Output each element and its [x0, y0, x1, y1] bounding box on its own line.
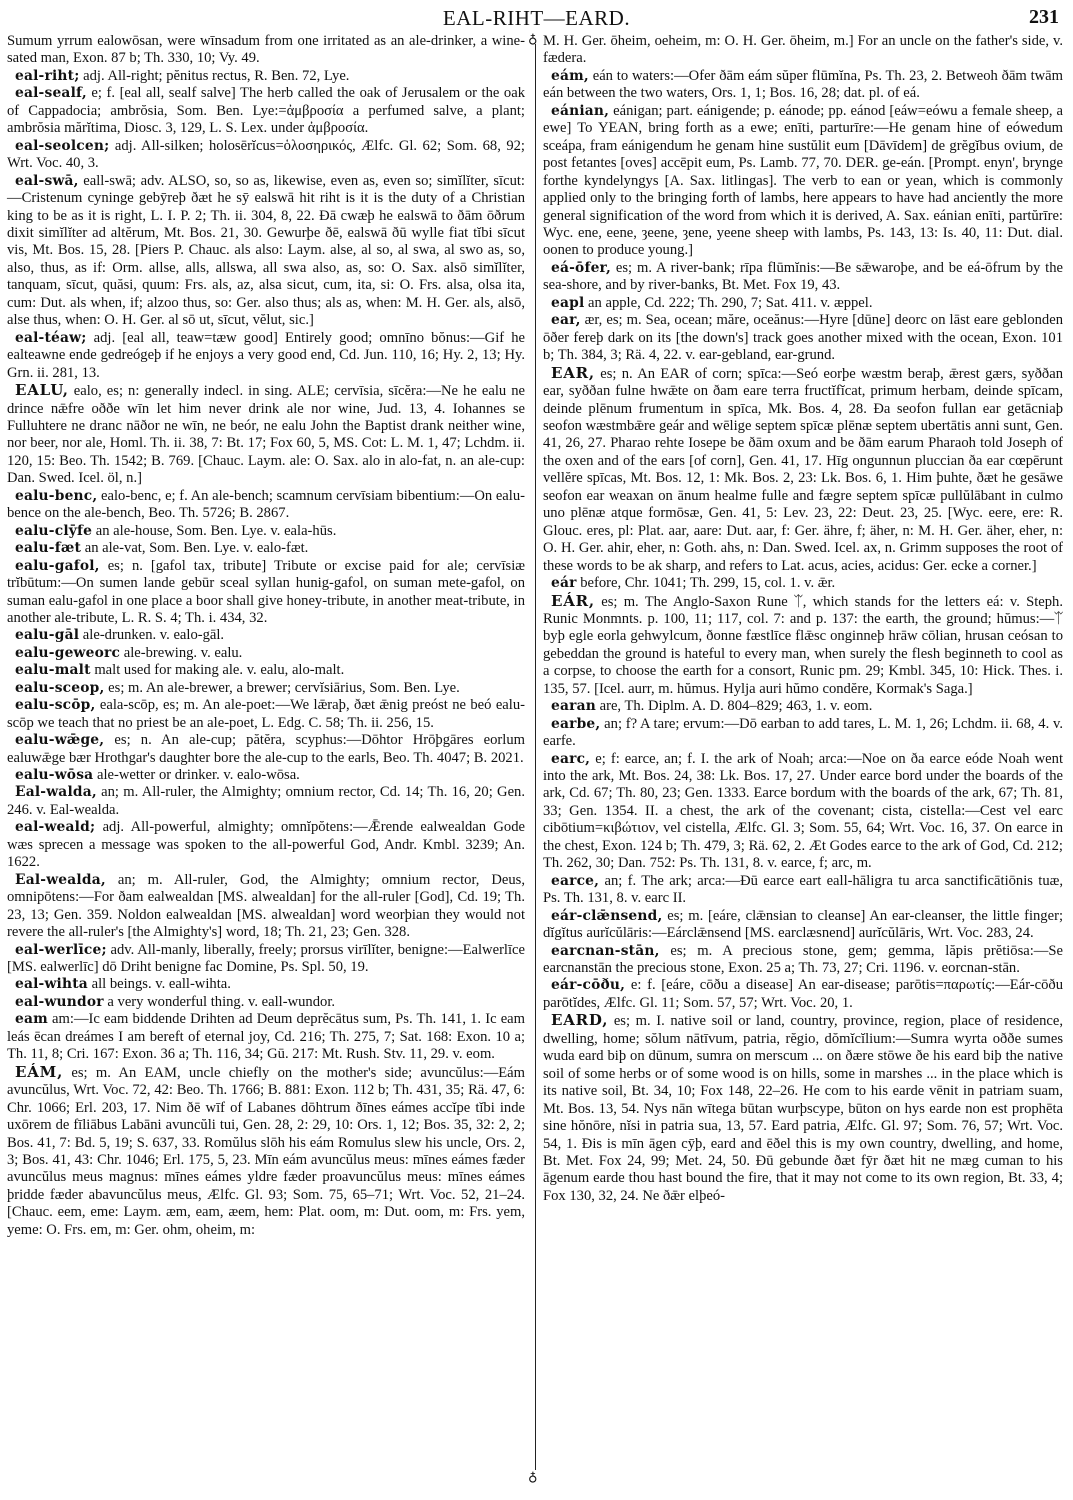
dictionary-entry: eapl an apple, Cd. 222; Th. 290, 7; Sat.… [543, 295, 1063, 312]
entry-headword: earcnan-stān, [551, 943, 660, 959]
entry-text: ær, es; m. Sea, ocean; măre, oceănus:—Hy… [543, 312, 1063, 363]
entry-headword: ealu-sceop, [15, 680, 105, 696]
dictionary-entry: ealu-clȳfe an ale-house, Som. Ben. Lye. … [7, 523, 525, 540]
dictionary-entry: EAR, es; n. An EAR of corn; spīca:—Seó e… [543, 365, 1063, 575]
right-column: M. H. Ger. ōheim, oeheim, m: O. H. Ger. … [543, 33, 1063, 1205]
entry-headword: ealu-geweorc [15, 645, 120, 661]
entry-headword: ear, [551, 312, 581, 328]
entry-text: eall-swā; adv. ALSO, so, so as, likewise… [7, 173, 525, 329]
entry-text: Sumum yrrum ealowōsan, were wīnsadum fro… [7, 33, 525, 66]
entry-text: ealo, es; n: generally indecl. in sing. … [7, 383, 525, 486]
dictionary-entry: earbe, an; f? A tare; ervum:—Dō earban t… [543, 716, 1063, 751]
entry-text: an ale-house, Som. Ben. Lye. v. eala-hūs… [92, 523, 336, 539]
dictionary-entry: ealu-wōsa ale-wetter or drinker. v. ealo… [7, 767, 525, 784]
entry-text: es; m. I. native soil or land, country, … [543, 1013, 1063, 1204]
dictionary-entry: ealu-gāl ale-drunken. v. ealo-gāl. [7, 627, 525, 644]
entry-text: eánigan; part. eánigende; p. eánode; pp.… [543, 103, 1063, 259]
entry-headword: EÁR, [551, 592, 595, 610]
entry-text: are, Th. Diplm. A. D. 804–829; 463, 1. v… [596, 698, 872, 714]
column-divider [535, 44, 536, 1470]
entry-headword: ealu-scōp, [15, 697, 96, 713]
dictionary-entry: M. H. Ger. ōheim, oeheim, m: O. H. Ger. … [543, 33, 1063, 68]
entry-headword: EÁM, [15, 1063, 63, 1081]
entry-text: ale-drunken. v. ealo-gāl. [79, 627, 224, 643]
entry-text: malt used for making ale. v. ealu, alo-m… [91, 662, 345, 678]
dictionary-entry: ealu-fæt an ale-vat, Som. Ben. Lye. v. e… [7, 540, 525, 557]
entry-headword: ealu-gafol, [15, 558, 100, 574]
dictionary-entry: eal-seolcen; adj. All-silken; holosērĭcu… [7, 138, 525, 173]
entry-headword: eal-téaw; [15, 330, 87, 346]
dictionary-entry: ealu-wǣge, es; n. An ale-cup; pătĕra, sc… [7, 732, 525, 767]
column-ornament-bottom-icon: ♁ [528, 1470, 538, 1483]
dictionary-entry: earc, e; f: earce, an; f. I. the ark of … [543, 751, 1063, 873]
dictionary-entry: eár-cōðu, e: f. [eáre, cōðu a disease] A… [543, 977, 1063, 1012]
page-number: 231 [1029, 6, 1059, 29]
entry-headword: eár-clǣnsend, [551, 908, 662, 924]
dictionary-entry: eal-riht; adj. All-right; pĕnitus rectus… [7, 68, 525, 85]
dictionary-entry: eal-weald; adj. All-powerful, almighty; … [7, 819, 525, 871]
dictionary-entry: ear, ær, es; m. Sea, ocean; măre, oceănu… [543, 312, 1063, 364]
entry-text: an ale-vat, Som. Ben. Lye. v. ealo-fæt. [81, 540, 308, 556]
entry-text: M. H. Ger. ōheim, oeheim, m: O. H. Ger. … [543, 33, 1063, 66]
running-title: EAL-RIHT—EARD. [0, 6, 1073, 31]
dictionary-entry: eam am:—Ic eam biddende Drihten ad Deum … [7, 1011, 525, 1063]
dictionary-entry: Eal-walda, an; m. All-ruler, the Almight… [7, 784, 525, 819]
entry-headword: eal-sealf, [15, 85, 87, 101]
entry-text: ale-brewing. v. ealu. [120, 645, 242, 661]
dictionary-entry: EÁR, es; m. The Anglo-Saxon Rune ᛠ, whic… [543, 593, 1063, 699]
entry-headword: eá-ōfer, [551, 260, 611, 276]
entry-text: ale-wetter or drinker. v. ealo-wōsa. [93, 767, 300, 783]
entry-headword: ealu-wǣge, [15, 732, 104, 748]
dictionary-entry: Eal-wealda, an; m. All-ruler, God, the A… [7, 872, 525, 942]
dictionary-entry: earan are, Th. Diplm. A. D. 804–829; 463… [543, 698, 1063, 715]
entry-text: an; f? A tare; ervum:—Dō earban to add t… [543, 716, 1063, 749]
entry-headword: eal-seolcen; [15, 138, 109, 154]
dictionary-entry: eár before, Chr. 1041; Th. 299, 15, col.… [543, 575, 1063, 592]
entry-headword: EARD, [551, 1011, 608, 1029]
entry-headword: Eal-walda, [15, 784, 97, 800]
entry-headword: ealu-clȳfe [15, 523, 92, 539]
entry-headword: eapl [551, 295, 584, 311]
entry-headword: ealu-fæt [15, 540, 81, 556]
entry-headword: eam [15, 1011, 48, 1027]
dictionary-entry: eám, eán to waters:—Ofer ðām eám sŭper f… [543, 68, 1063, 103]
dictionary-entry: eár-clǣnsend, es; m. [eáre, clǣnsian to … [543, 908, 1063, 943]
entry-text: an; f. The ark; arca:—Ðū earce eart eall… [543, 873, 1063, 906]
entry-headword: ealu-benc, [15, 488, 97, 504]
entry-headword: eal-weald; [15, 819, 95, 835]
dictionary-entry: eal-wundor a very wonderful thing. v. ea… [7, 994, 525, 1011]
left-column: Sumum yrrum ealowōsan, were wīnsadum fro… [7, 33, 525, 1239]
entry-headword: eal-werlīce; [15, 942, 107, 958]
dictionary-entry: EALU, ealo, es; n: generally indecl. in … [7, 382, 525, 488]
dictionary-entry: EARD, es; m. I. native soil or land, cou… [543, 1012, 1063, 1205]
page-header: EAL-RIHT—EARD. 231 [0, 6, 1073, 32]
entry-headword: eal-swā, [15, 173, 79, 189]
dictionary-entry: eal-sealf, e; f. [eal all, sealf salve] … [7, 85, 525, 137]
entry-headword: EALU, [15, 381, 69, 399]
entry-text: es; m. A river-bank; rīpa flūmĭnis:—Be s… [543, 260, 1063, 293]
dictionary-entry: earce, an; f. The ark; arca:—Ðū earce ea… [543, 873, 1063, 908]
dictionary-entry: earcnan-stān, es; m. A precious stone, g… [543, 943, 1063, 978]
dictionary-entry: eá-ōfer, es; m. A river-bank; rīpa flūmĭ… [543, 260, 1063, 295]
entry-headword: Eal-wealda, [15, 872, 106, 888]
entry-text: eán to waters:—Ofer ðām eám sŭper flūmĭn… [543, 68, 1063, 101]
entry-headword: earce, [551, 873, 599, 889]
entry-text: before, Chr. 1041; Th. 299, 15, col. 1. … [577, 575, 836, 591]
dictionary-entry: eal-werlīce; adv. All-manly, liberally, … [7, 942, 525, 977]
entry-headword: eánian, [551, 103, 609, 119]
entry-text: all beings. v. eall-wihta. [88, 976, 231, 992]
entry-headword: earbe, [551, 716, 600, 732]
entry-text: adj. All-right; pĕnitus rectus, R. Ben. … [80, 68, 350, 84]
dictionary-entry: eal-téaw; adj. [eal all, teaw=tæw good] … [7, 330, 525, 382]
entry-text: a very wonderful thing. v. eall-wundor. [104, 994, 335, 1010]
entry-text: am:—Ic eam biddende Drihten ad Deum depr… [7, 1011, 525, 1062]
entry-headword: eal-wihta [15, 976, 88, 992]
entry-headword: eám, [551, 68, 589, 84]
entry-text: es; m. The Anglo-Saxon Rune ᛠ, which sta… [543, 594, 1063, 697]
entry-headword: earc, [551, 751, 590, 767]
entry-text: es; n. An EAR of corn; spīca:—Seó eorþe … [543, 366, 1063, 574]
entry-headword: eal-riht; [15, 68, 80, 84]
dictionary-entry: ealu-benc, ealo-benc, e; f. An ale-bench… [7, 488, 525, 523]
dictionary-entry: eánian, eánigan; part. eánigende; p. eán… [543, 103, 1063, 260]
column-ornament-top-icon: ♁ [528, 32, 538, 45]
entry-text: es; m. An ale-brewer, a brewer; cervĭsiā… [105, 680, 460, 696]
entry-headword: eal-wundor [15, 994, 104, 1010]
entry-text: an apple, Cd. 222; Th. 290, 7; Sat. 411.… [584, 295, 872, 311]
dictionary-entry: eal-wihta all beings. v. eall-wihta. [7, 976, 525, 993]
dictionary-entry: ealu-sceop, es; m. An ale-brewer, a brew… [7, 680, 525, 697]
entry-text: e; f: earce, an; f. I. the ark of Noah; … [543, 751, 1063, 872]
dictionary-entry: ealu-geweorc ale-brewing. v. ealu. [7, 645, 525, 662]
entry-headword: eár [551, 575, 577, 591]
dictionary-entry: ealu-malt malt used for making ale. v. e… [7, 662, 525, 679]
entry-headword: EAR, [551, 364, 595, 382]
dictionary-entry: EÁM, es; m. An EAM, uncle chiefly on the… [7, 1064, 525, 1240]
dictionary-entry: ealu-gafol, es; n. [gafol tax, tribute] … [7, 558, 525, 628]
dictionary-entry: eal-swā, eall-swā; adv. ALSO, so, so as,… [7, 173, 525, 330]
entry-headword: ealu-malt [15, 662, 91, 678]
entry-text: es; m. An EAM, uncle chiefly on the moth… [7, 1065, 525, 1238]
dictionary-entry: ealu-scōp, eala-scōp, es; m. An ale-poet… [7, 697, 525, 732]
dictionary-entry: Sumum yrrum ealowōsan, were wīnsadum fro… [7, 33, 525, 68]
entry-headword: ealu-wōsa [15, 767, 93, 783]
entry-headword: earan [551, 698, 596, 714]
entry-headword: eár-cōðu, [551, 977, 625, 993]
entry-headword: ealu-gāl [15, 627, 79, 643]
